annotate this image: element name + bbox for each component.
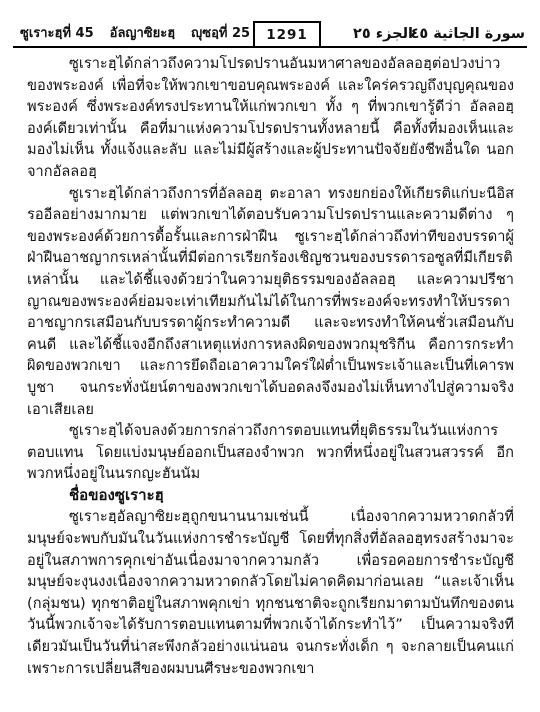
header-surah-name: อัลญาซิยะฮฺ — [110, 22, 176, 43]
paragraph-bani-israel: ซูเราะฮฺได้กล่าวถึงการที่อัลลอฮฺ ตะอาลา … — [27, 183, 514, 421]
header-surah-number: ซูเราะฮฺที่ 45 — [20, 22, 94, 43]
paragraph-naming-explanation: ซูเราะฮฺอัลญาซิยะฮฺถูกขนานนามเช่นนี้ เนื… — [27, 506, 514, 679]
header-surah-arabic: سورة الجاثية ٤٥ — [410, 26, 525, 42]
section-heading-surah-name: ชื่อของซูเราะฮฺ — [27, 485, 514, 507]
page-body: ซูเราะฮฺได้กล่าวถึงความโปรดปรานอันมหาศาล… — [27, 53, 514, 679]
header-juz-number-thai: ญุซอฺที่ 25 — [191, 22, 250, 43]
paragraph-judgement-day: ซูเราะฮฺได้จบลงด้วยการกล่าวถึงการตอบแทนท… — [27, 420, 514, 485]
page-number: 1291 — [266, 27, 308, 43]
paragraph-summary-blessings: ซูเราะฮฺได้กล่าวถึงความโปรดปรานอันมหาศาล… — [27, 53, 514, 183]
header-thai-group: ซูเราะฮฺที่ 45 อัลญาซิยะฮฺ ญุซอฺที่ 25 — [20, 22, 250, 43]
document-page: ซูเราะฮฺที่ 45 อัลญาซิยะฮฺ ญุซอฺที่ 25 1… — [0, 0, 540, 712]
page-number-box: 1291 — [253, 21, 321, 48]
page-header: ซูเราะฮฺที่ 45 อัลญาซิยะฮฺ ญุซอฺที่ 25 1… — [13, 20, 527, 48]
